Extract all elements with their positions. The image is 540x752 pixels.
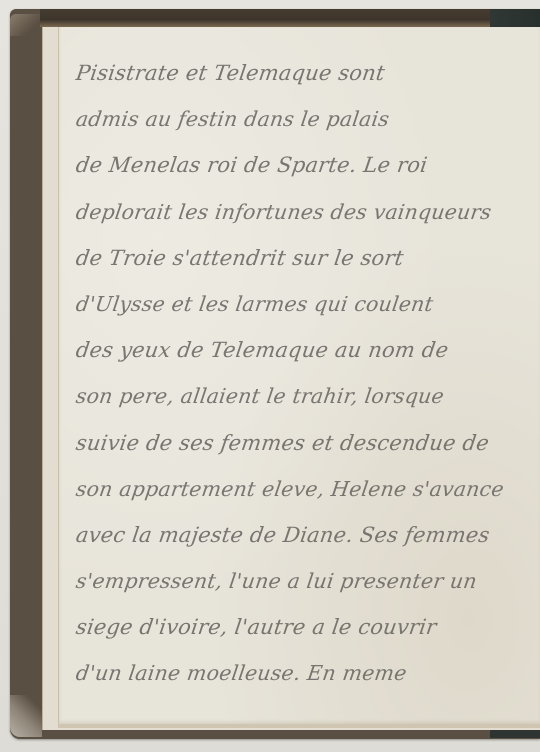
text-line: avec la majeste de Diane. Ses femmes [72, 518, 534, 564]
text-line: deplorait les infortunes des vainqueurs [72, 195, 534, 241]
text-line: de Menelas roi de Sparte. Le roi [72, 148, 534, 194]
text-line: siege d'ivoire, l'autre a le couvrir [72, 610, 534, 656]
page-bottom-edge [58, 724, 540, 728]
text-line: de Troie s'attendrit sur le sort [72, 241, 534, 287]
cover-worn-corner-bottom-left [10, 695, 42, 737]
notebook-photo: Pisistrate et Telemaque sont admis au fe… [0, 0, 540, 752]
text-line: Pisistrate et Telemaque sont [72, 56, 534, 102]
text-line: admis au festin dans le palais [72, 102, 534, 148]
handwritten-text: Pisistrate et Telemaque sont admis au fe… [72, 56, 528, 703]
text-line: son appartement eleve, Helene s'avance [72, 472, 534, 518]
text-line: d'Ulysse et les larmes qui coulent [72, 287, 534, 333]
text-line: son pere, allaient le trahir, lorsque [72, 379, 534, 425]
text-line: des yeux de Telemaque au nom de [72, 333, 534, 379]
text-line: d'un laine moelleuse. En meme [72, 656, 534, 702]
cover-worn-corner-top-left [10, 14, 40, 36]
text-line: suivie de ses femmes et descendue de [72, 426, 534, 472]
cover-top-edge [40, 9, 540, 27]
text-line: s'empressent, l'une a lui presenter un [72, 564, 534, 610]
